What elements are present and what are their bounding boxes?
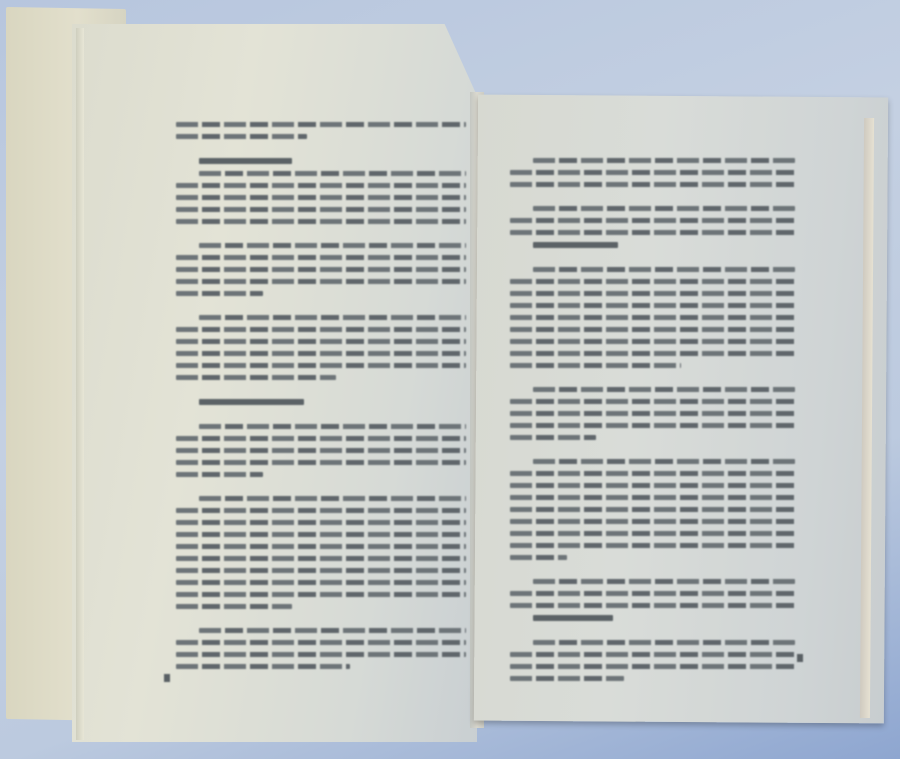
text-line (510, 399, 795, 404)
text-line (510, 182, 795, 187)
text-line (176, 508, 466, 513)
right-page-number (797, 654, 803, 662)
text-line (176, 375, 336, 380)
text-line (176, 363, 466, 368)
text-line (199, 496, 466, 501)
text-line (510, 519, 795, 524)
text-line (510, 351, 795, 356)
text-line (510, 327, 795, 332)
left-page-number (164, 674, 170, 682)
text-line (510, 664, 795, 669)
text-line (510, 230, 795, 235)
left-page-text (176, 122, 466, 676)
text-line (176, 568, 466, 573)
text-line (510, 555, 567, 560)
text-line (510, 483, 795, 488)
text-line (510, 279, 795, 284)
text-line (176, 580, 466, 585)
text-line (533, 640, 795, 645)
text-line (510, 652, 795, 657)
text-line (510, 531, 795, 536)
text-line (510, 363, 681, 368)
text-line (199, 399, 303, 405)
text-line (176, 532, 466, 537)
text-line (510, 170, 795, 175)
text-line (176, 640, 466, 645)
text-line (533, 579, 795, 584)
text-line (510, 315, 795, 320)
text-line (176, 436, 466, 441)
text-line (199, 315, 466, 320)
text-line (176, 592, 466, 597)
text-line (176, 664, 350, 669)
text-line (176, 460, 466, 465)
text-line (199, 171, 466, 176)
text-line (176, 339, 466, 344)
text-line (176, 544, 466, 549)
text-line (510, 507, 795, 512)
text-line (510, 471, 795, 476)
text-line (533, 158, 795, 163)
text-line (510, 591, 795, 596)
text-line (176, 122, 466, 127)
text-line (176, 556, 466, 561)
text-line (510, 303, 795, 308)
text-line (199, 158, 292, 164)
text-line (510, 435, 596, 440)
text-line (176, 327, 466, 332)
text-line (533, 267, 795, 272)
text-line (510, 423, 795, 428)
left-page-edges (76, 28, 84, 740)
text-line (176, 279, 466, 284)
text-line (510, 543, 795, 548)
text-line (176, 183, 466, 188)
text-line (176, 604, 292, 609)
text-line (176, 195, 466, 200)
text-line (176, 351, 466, 356)
text-line (176, 472, 263, 477)
text-line (510, 495, 795, 500)
photo-scene (0, 0, 900, 759)
text-line (510, 218, 795, 223)
text-line (176, 520, 466, 525)
text-line (199, 424, 466, 429)
text-line (176, 134, 307, 139)
text-line (199, 243, 466, 248)
text-line (510, 339, 795, 344)
text-line (176, 448, 466, 453)
text-line (176, 207, 466, 212)
text-line (533, 206, 795, 211)
text-line (533, 615, 613, 621)
text-line (510, 603, 795, 608)
text-line (176, 255, 466, 260)
text-line (176, 267, 466, 272)
text-line (176, 219, 466, 224)
text-line (510, 676, 624, 681)
text-line (199, 628, 466, 633)
text-line (176, 291, 263, 296)
text-line (533, 242, 619, 248)
text-line (176, 652, 466, 657)
right-page-text (510, 158, 795, 688)
text-line (533, 387, 795, 392)
text-line (533, 459, 795, 464)
text-line (510, 411, 795, 416)
text-line (510, 291, 795, 296)
